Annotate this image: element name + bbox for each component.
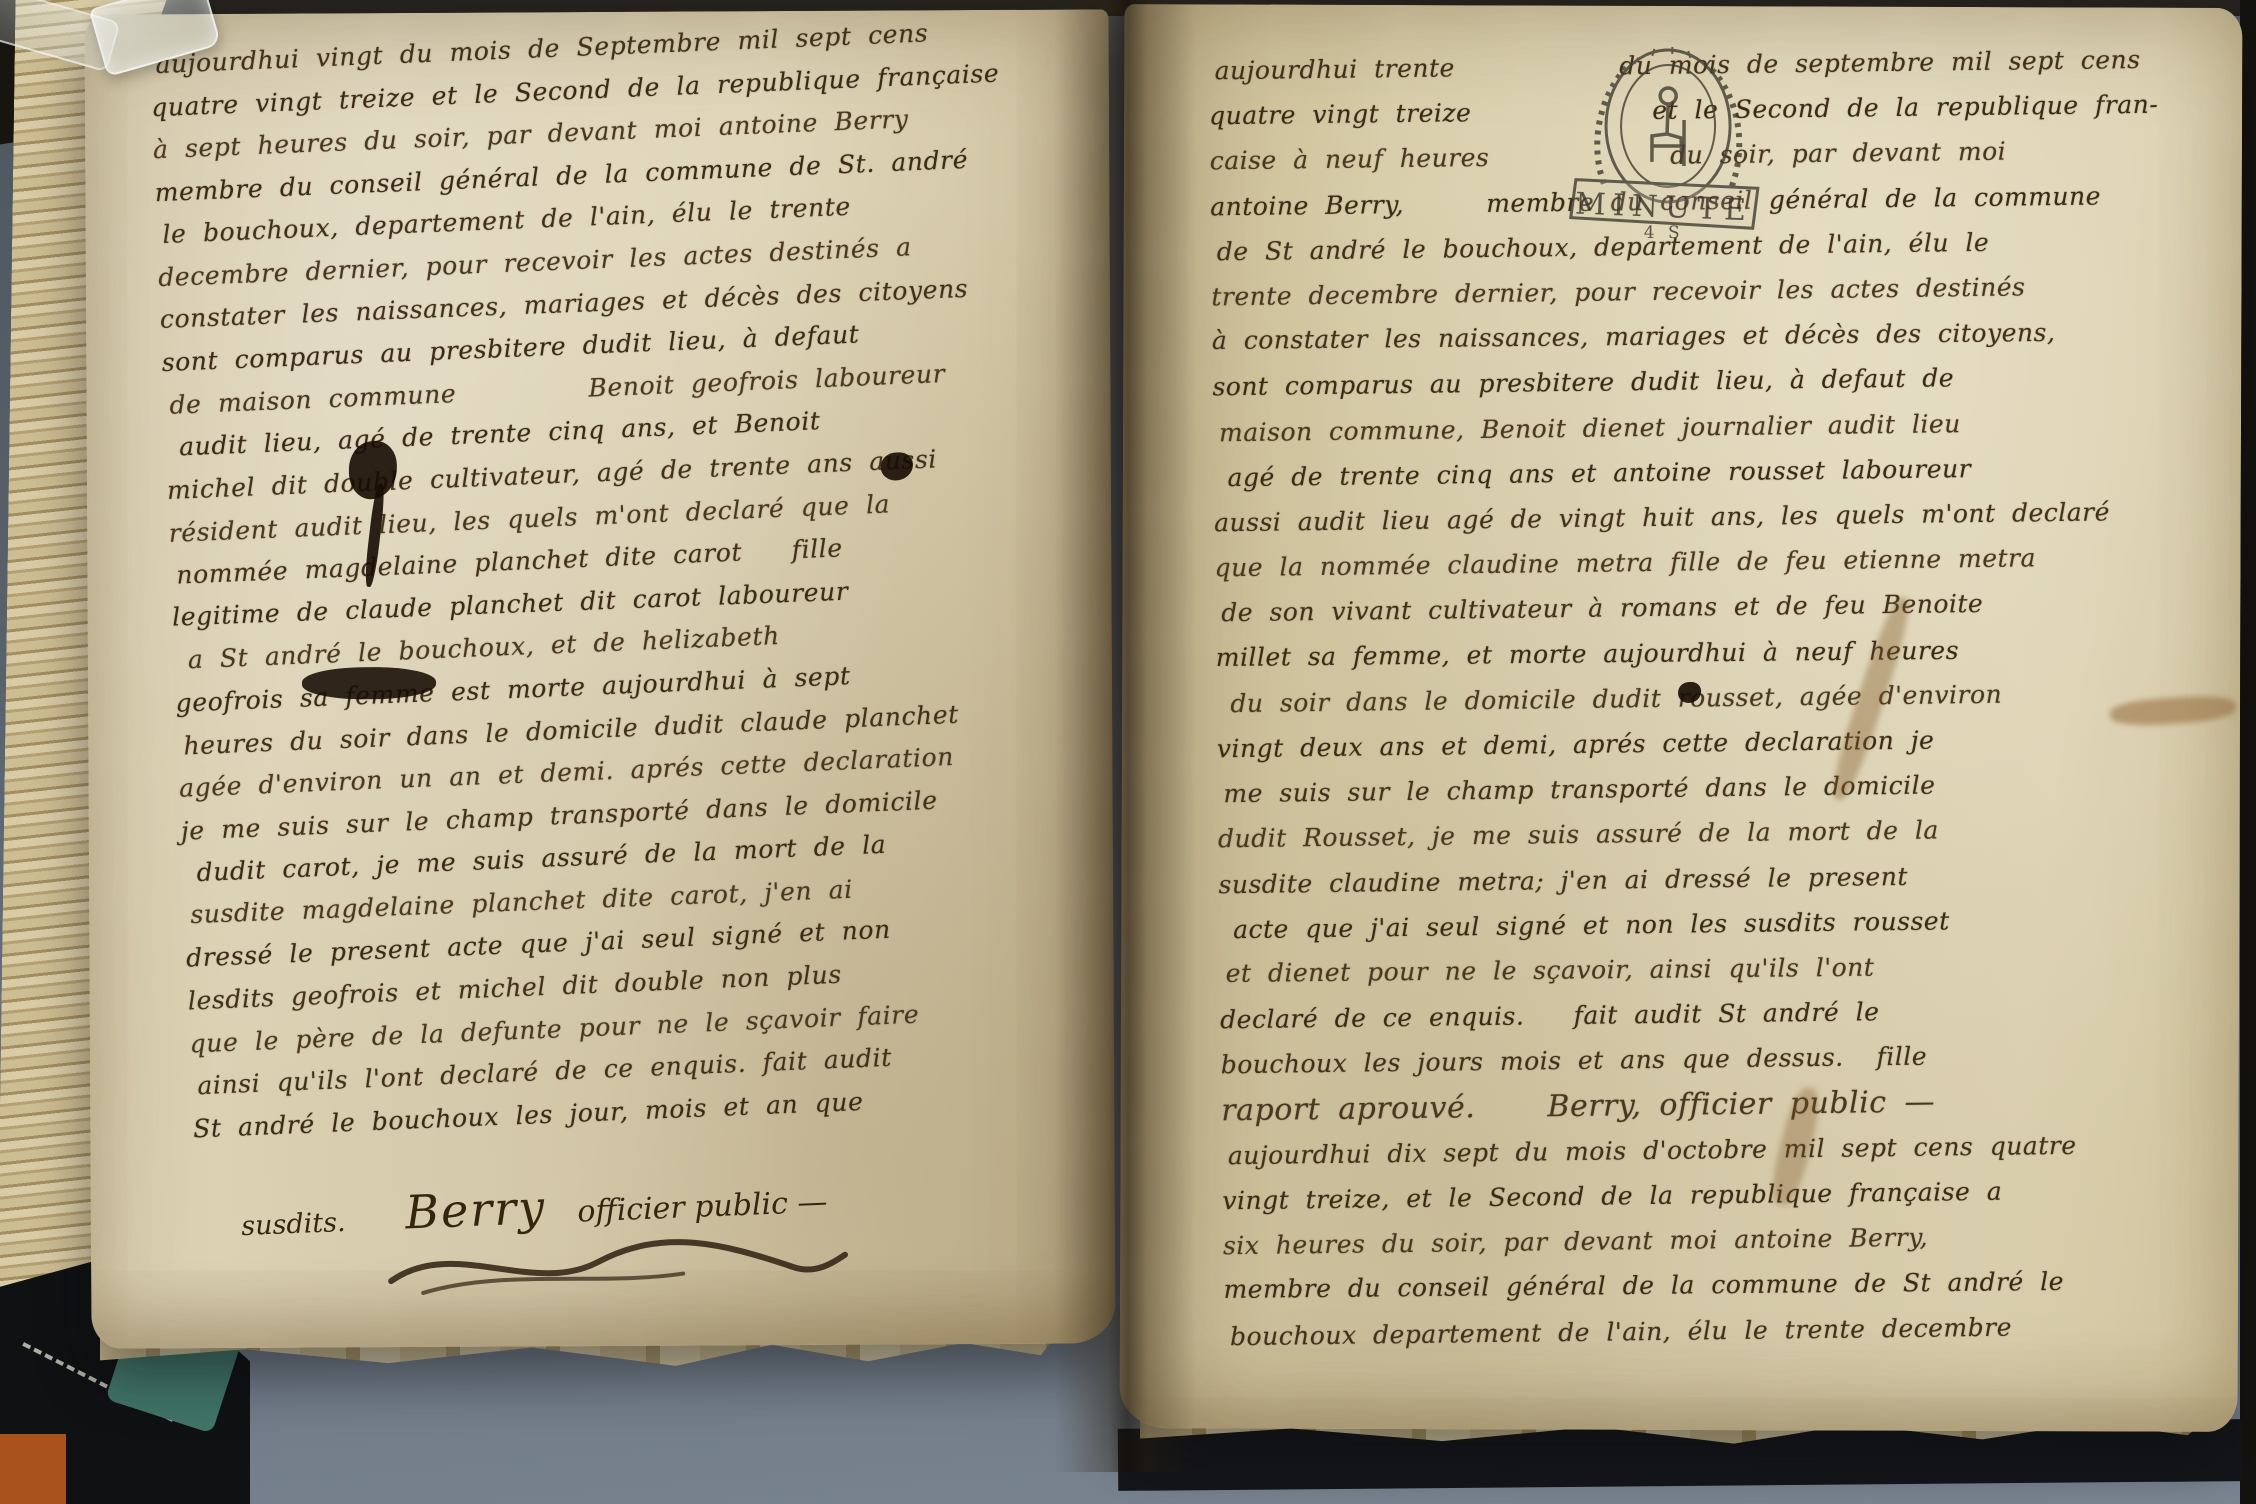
stamp-denomination: 4 S bbox=[1644, 223, 1684, 242]
signature-title: officier public — bbox=[577, 1185, 828, 1230]
manuscript-photo: aujourdhui vingt du mois de Septembre mi… bbox=[0, 0, 2256, 1504]
minute-fiscal-stamp: MINUTE 4 S bbox=[1564, 34, 1771, 243]
right-page: aujourdhui trente du mois de septembre m… bbox=[1120, 4, 2243, 1432]
signature-flourish bbox=[383, 1233, 853, 1307]
table-accent-strip bbox=[0, 1434, 66, 1504]
seated-figure-icon bbox=[1652, 88, 1684, 166]
book-cover-right-edge bbox=[2240, 0, 2256, 1504]
ink-strikethrough-blot bbox=[302, 667, 436, 700]
manuscript-line: millet sa femme, et morte aujourdhui à n… bbox=[1216, 625, 2231, 680]
left-page-text: aujourdhui vingt du mois de Septembre mi… bbox=[149, 9, 1116, 1151]
closing-word: susdits. bbox=[241, 1207, 346, 1242]
signature-name: Berry bbox=[404, 1180, 547, 1240]
officiant-signature: Berry officier public — bbox=[404, 1169, 828, 1240]
left-page: aujourdhui vingt du mois de Septembre mi… bbox=[85, 9, 1116, 1348]
